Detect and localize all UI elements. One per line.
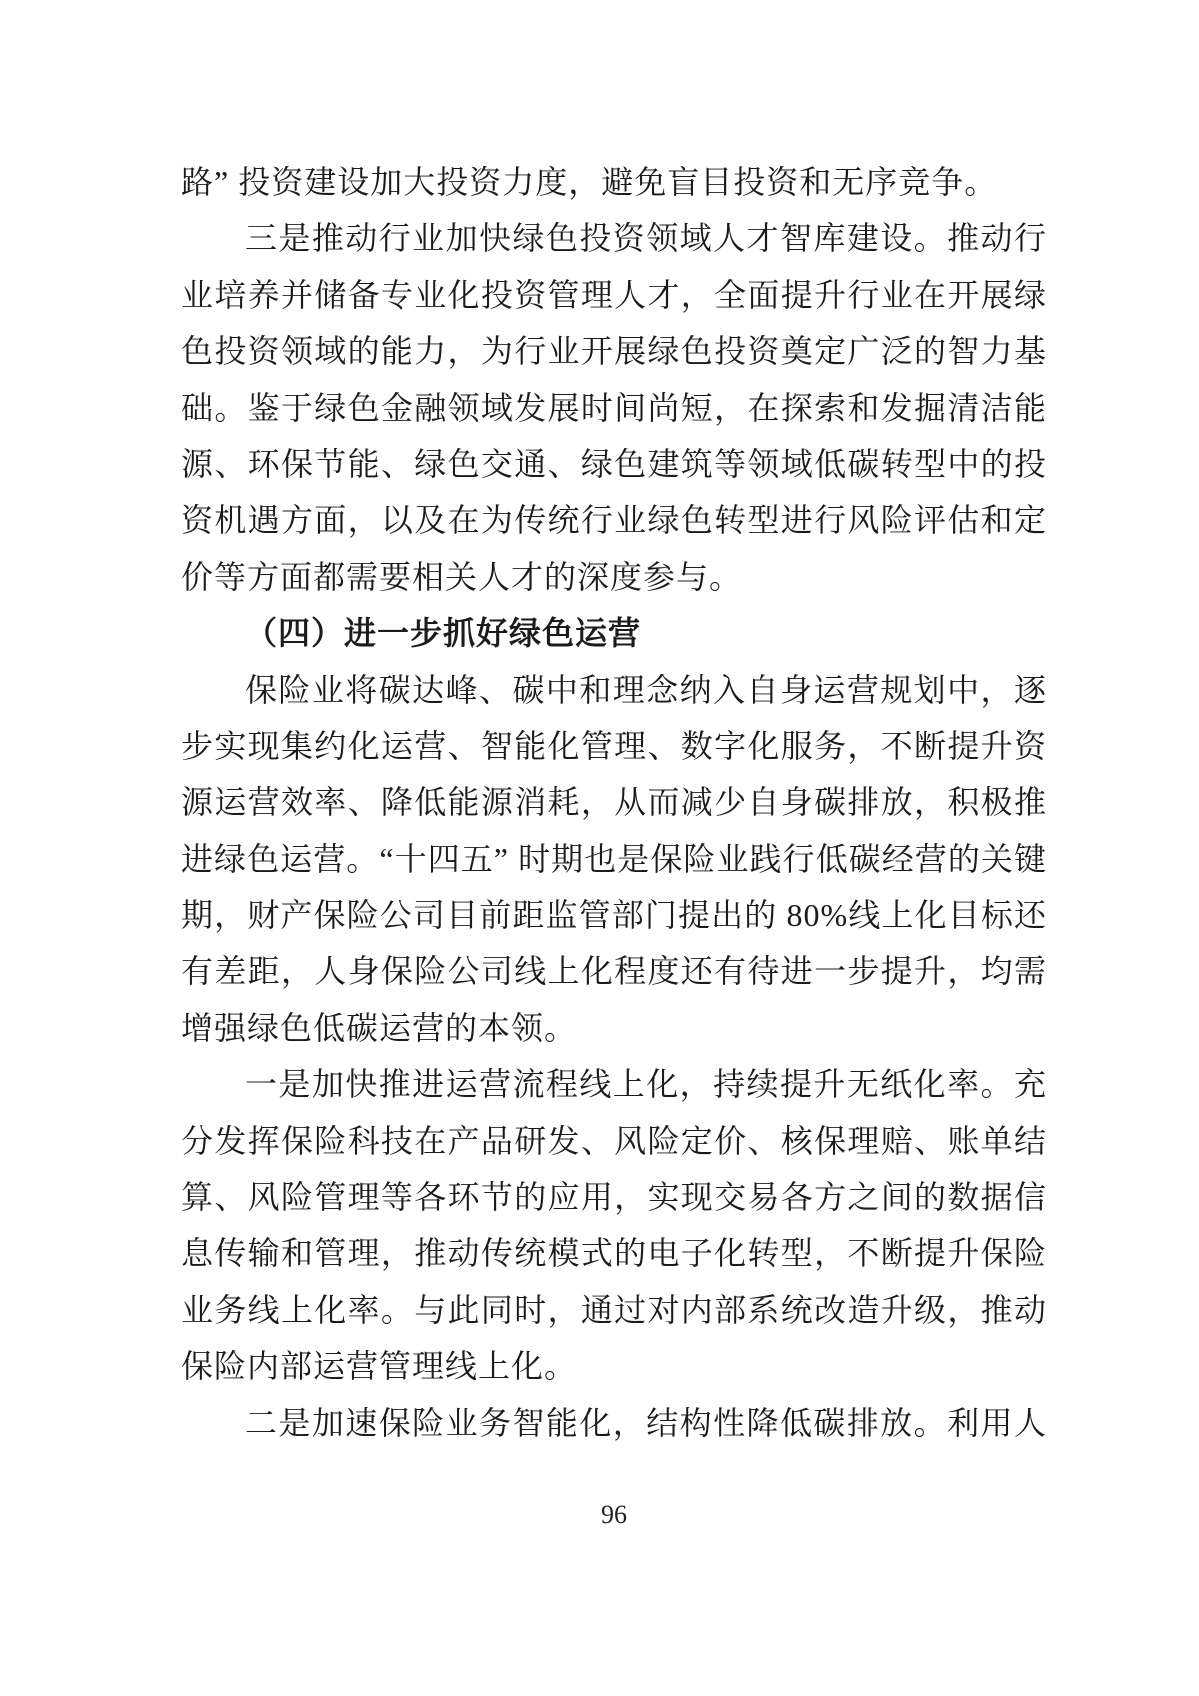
paragraph-line: 二是加速保险业务智能化，结构性降低碳排放。利用人 — [181, 1395, 1047, 1451]
paragraph-line: 期，财产保险公司目前距监管部门提出的 80%线上化目标还 — [181, 887, 1047, 943]
document-page: 路” 投资建设加大投资力度，避免盲目投资和无序竞争。 三是推动行业加快绿色投资领… — [0, 0, 1199, 1696]
paragraph-line: 步实现集约化运营、智能化管理、数字化服务，不断提升资 — [181, 718, 1047, 774]
paragraph-line: 分发挥保险科技在产品研发、风险定价、核保理赔、账单结 — [181, 1113, 1047, 1169]
paragraph-line: 础。鉴于绿色金融领域发展时间尚短，在探索和发掘清洁能 — [181, 380, 1047, 436]
paragraph-line: 路” 投资建设加大投资力度，避免盲目投资和无序竞争。 — [181, 154, 1047, 210]
paragraph-line: 增强绿色低碳运营的本领。 — [181, 1000, 1047, 1056]
paragraph-line: 息传输和管理，推动传统模式的电子化转型，不断提升保险 — [181, 1225, 1047, 1281]
section-heading: （四）进一步抓好绿色运营 — [181, 605, 1047, 661]
paragraph-line: 保险业将碳达峰、碳中和理念纳入自身运营规划中，逐 — [181, 662, 1047, 718]
paragraph-line: 三是推动行业加快绿色投资领域人才智库建设。推动行 — [181, 210, 1047, 266]
paragraph-line: 业培养并储备专业化投资管理人才，全面提升行业在开展绿 — [181, 267, 1047, 323]
paragraph-line: 业务线上化率。与此同时，通过对内部系统改造升级，推动 — [181, 1282, 1047, 1338]
paragraph-line: 色投资领域的能力，为行业开展绿色投资奠定广泛的智力基 — [181, 323, 1047, 379]
paragraph-line: 进绿色运营。“十四五” 时期也是保险业践行低碳经营的关键 — [181, 831, 1047, 887]
paragraph-line: 算、风险管理等各环节的应用，实现交易各方之间的数据信 — [181, 1169, 1047, 1225]
paragraph-line: 资机遇方面，以及在为传统行业绿色转型进行风险评估和定 — [181, 492, 1047, 548]
page-number: 96 — [181, 1498, 1047, 1532]
paragraph-line: 一是加快推进运营流程线上化，持续提升无纸化率。充 — [181, 1056, 1047, 1112]
paragraph-line: 价等方面都需要相关人才的深度参与。 — [181, 549, 1047, 605]
paragraph-line: 源运营效率、降低能源消耗，从而减少自身碳排放，积极推 — [181, 774, 1047, 830]
paragraph-line: 有差距，人身保险公司线上化程度还有待进一步提升，均需 — [181, 943, 1047, 999]
paragraph-line: 保险内部运营管理线上化。 — [181, 1338, 1047, 1394]
document-body: 路” 投资建设加大投资力度，避免盲目投资和无序竞争。 三是推动行业加快绿色投资领… — [181, 154, 1047, 1451]
paragraph-line: 源、环保节能、绿色交通、绿色建筑等领域低碳转型中的投 — [181, 436, 1047, 492]
